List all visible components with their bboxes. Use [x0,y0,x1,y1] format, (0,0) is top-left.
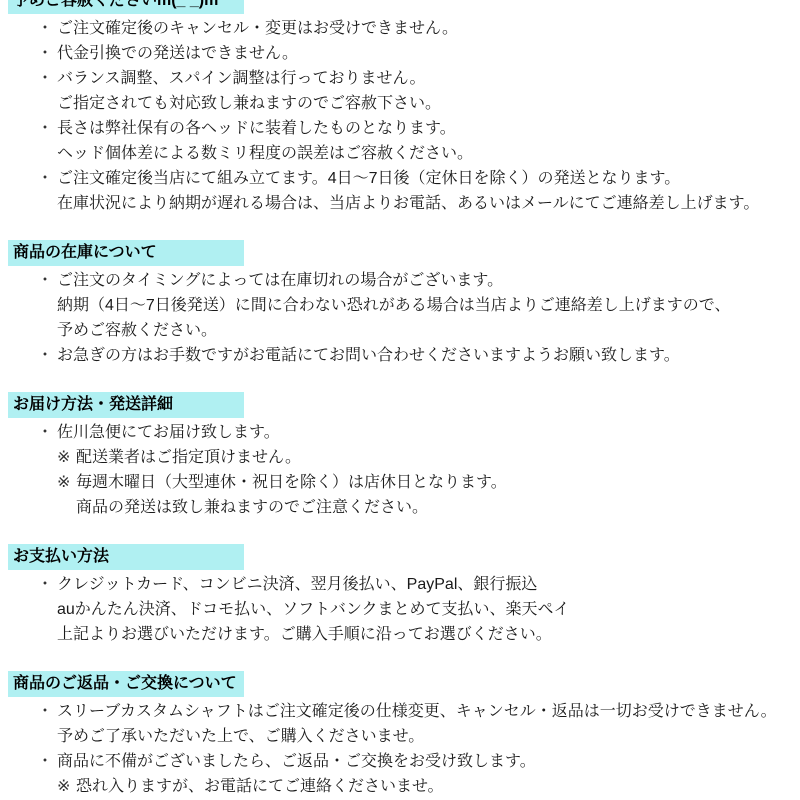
bullet-marker: ・ [37,41,57,66]
item-lines: 恐れ入りますが、お電話にてご連絡くださいませ。 [76,774,800,799]
note-marker: ※ [57,470,76,495]
text-line: ヘッド個体差による数ミリ程度の誤差はご容赦ください。 [57,141,800,166]
item-lines: 代金引換での発送はできません。 [57,41,800,66]
bullet-marker: ・ [37,268,57,293]
bullet-item: ・クレジットカード、コンビニ決済、翌月後払い、PayPal、銀行振込auかんたん… [0,572,800,647]
note-marker: ※ [57,774,76,799]
text-line: スリーブカスタムシャフトはご注文確定後の仕様変更、キャンセル・返品は一切お受けで… [57,699,800,724]
section-title-stock: 商品の在庫について [8,240,244,266]
item-lines: クレジットカード、コンビニ決済、翌月後払い、PayPal、銀行振込auかんたん決… [57,572,800,647]
bullet-item: ・佐川急便にてお届け致します。 [0,420,800,445]
section-returns: 商品のご返品・ご交換について・スリーブカスタムシャフトはご注文確定後の仕様変更、… [0,671,800,799]
text-line: ご注文のタイミングによっては在庫切れの場合がございます。 [57,268,800,293]
item-lines: 商品に不備がございましたら、ご返品・ご交換をお受け致します。 [57,749,800,774]
bullet-marker: ・ [37,572,57,597]
item-lines: バランス調整、スパイン調整は行っておりません。ご指定されても対応致し兼ねますので… [57,66,800,116]
section-items: ・ご注文のタイミングによっては在庫切れの場合がございます。納期（4日～7日後発送… [0,266,800,368]
bullet-item: ・スリーブカスタムシャフトはご注文確定後の仕様変更、キャンセル・返品は一切お受け… [0,699,800,749]
text-line: バランス調整、スパイン調整は行っておりません。 [57,66,800,91]
bullet-marker: ・ [37,749,57,774]
bullet-item: ・ご注文確定後当店にて組み立てます。4日～7日後（定休日を除く）の発送となります… [0,166,800,216]
bullet-item: ・ご注文確定後のキャンセル・変更はお受けできません。 [0,16,800,41]
section-payment: お支払い方法・クレジットカード、コンビニ決済、翌月後払い、PayPal、銀行振込… [0,544,800,647]
bullet-marker: ・ [37,699,57,724]
item-lines: 長さは弊社保有の各ヘッドに装着したものとなります。ヘッド個体差による数ミリ程度の… [57,116,800,166]
bullet-marker: ・ [37,16,57,41]
section-stock: 商品の在庫について・ご注文のタイミングによっては在庫切れの場合がございます。納期… [0,240,800,368]
item-lines: ご注文確定後当店にて組み立てます。4日～7日後（定休日を除く）の発送となります。… [57,166,800,216]
shop-policy-document: 予めご容赦くださいm(_ _)m・ご注文確定後のキャンセル・変更はお受けできませ… [0,0,800,800]
text-line: 上記よりお選びいただけます。ご購入手順に沿ってお選びください。 [57,622,800,647]
bullet-marker: ・ [37,420,57,445]
item-lines: お急ぎの方はお手数ですがお電話にてお問い合わせくださいますようお願い致します。 [57,343,800,368]
bullet-item: ・代金引換での発送はできません。 [0,41,800,66]
bullet-marker: ・ [37,116,57,141]
bullet-item: ・長さは弊社保有の各ヘッドに装着したものとなります。ヘッド個体差による数ミリ程度… [0,116,800,166]
text-line: ご注文確定後のキャンセル・変更はお受けできません。 [57,16,800,41]
text-line: auかんたん決済、ドコモ払い、ソフトバンクまとめて支払い、楽天ペイ [57,597,800,622]
bullet-marker: ・ [37,66,57,91]
bullet-item: ・バランス調整、スパイン調整は行っておりません。ご指定されても対応致し兼ねますの… [0,66,800,116]
item-lines: スリーブカスタムシャフトはご注文確定後の仕様変更、キャンセル・返品は一切お受けで… [57,699,800,749]
text-line: 恐れ入りますが、お電話にてご連絡くださいませ。 [76,774,800,799]
section-title-caution: 予めご容赦くださいm(_ _)m [8,0,244,14]
note-item: ※配送業者はご指定頂けません。 [0,445,800,470]
section-title-payment: お支払い方法 [8,544,244,570]
text-line: 在庫状況により納期が遅れる場合は、当店よりお電話、あるいはメールにてご連絡差し上… [57,191,800,216]
bullet-item: ・ご注文のタイミングによっては在庫切れの場合がございます。納期（4日～7日後発送… [0,268,800,343]
section-caution: 予めご容赦くださいm(_ _)m・ご注文確定後のキャンセル・変更はお受けできませ… [0,0,800,216]
section-items: ・スリーブカスタムシャフトはご注文確定後の仕様変更、キャンセル・返品は一切お受け… [0,697,800,799]
text-line: 長さは弊社保有の各ヘッドに装着したものとなります。 [57,116,800,141]
text-line: 代金引換での発送はできません。 [57,41,800,66]
section-items: ・佐川急便にてお届け致します。※配送業者はご指定頂けません。※毎週木曜日（大型連… [0,418,800,520]
item-lines: 佐川急便にてお届け致します。 [57,420,800,445]
text-line: 商品の発送は致し兼ねますのでご注意ください。 [76,495,800,520]
text-line: 納期（4日～7日後発送）に間に合わない恐れがある場合は当店よりご連絡差し上げます… [57,293,800,318]
note-marker: ※ [57,445,76,470]
section-items: ・ご注文確定後のキャンセル・変更はお受けできません。・代金引換での発送はできませ… [0,14,800,216]
note-item: ※恐れ入りますが、お電話にてご連絡くださいませ。 [0,774,800,799]
bullet-item: ・お急ぎの方はお手数ですがお電話にてお問い合わせくださいますようお願い致します。 [0,343,800,368]
section-items: ・クレジットカード、コンビニ決済、翌月後払い、PayPal、銀行振込auかんたん… [0,570,800,647]
text-line: 商品に不備がございましたら、ご返品・ご交換をお受け致します。 [57,749,800,774]
text-line: クレジットカード、コンビニ決済、翌月後払い、PayPal、銀行振込 [57,572,800,597]
text-line: ご注文確定後当店にて組み立てます。4日～7日後（定休日を除く）の発送となります。 [57,166,800,191]
item-lines: 配送業者はご指定頂けません。 [76,445,800,470]
text-line: 予めご容赦ください。 [57,318,800,343]
bullet-marker: ・ [37,166,57,191]
text-line: ご指定されても対応致し兼ねますのでご容赦下さい。 [57,91,800,116]
item-lines: 毎週木曜日（大型連休・祝日を除く）は店休日となります。商品の発送は致し兼ねますの… [76,470,800,520]
section-delivery: お届け方法・発送詳細・佐川急便にてお届け致します。※配送業者はご指定頂けません。… [0,392,800,520]
text-line: お急ぎの方はお手数ですがお電話にてお問い合わせくださいますようお願い致します。 [57,343,800,368]
text-line: 佐川急便にてお届け致します。 [57,420,800,445]
section-title-returns: 商品のご返品・ご交換について [8,671,244,697]
text-line: 毎週木曜日（大型連休・祝日を除く）は店休日となります。 [76,470,800,495]
bullet-marker: ・ [37,343,57,368]
section-title-delivery: お届け方法・発送詳細 [8,392,244,418]
text-line: 予めご了承いただいた上で、ご購入くださいませ。 [57,724,800,749]
text-line: 配送業者はご指定頂けません。 [76,445,800,470]
item-lines: ご注文のタイミングによっては在庫切れの場合がございます。納期（4日～7日後発送）… [57,268,800,343]
bullet-item: ・商品に不備がございましたら、ご返品・ご交換をお受け致します。 [0,749,800,774]
item-lines: ご注文確定後のキャンセル・変更はお受けできません。 [57,16,800,41]
note-item: ※毎週木曜日（大型連休・祝日を除く）は店休日となります。商品の発送は致し兼ねます… [0,470,800,520]
